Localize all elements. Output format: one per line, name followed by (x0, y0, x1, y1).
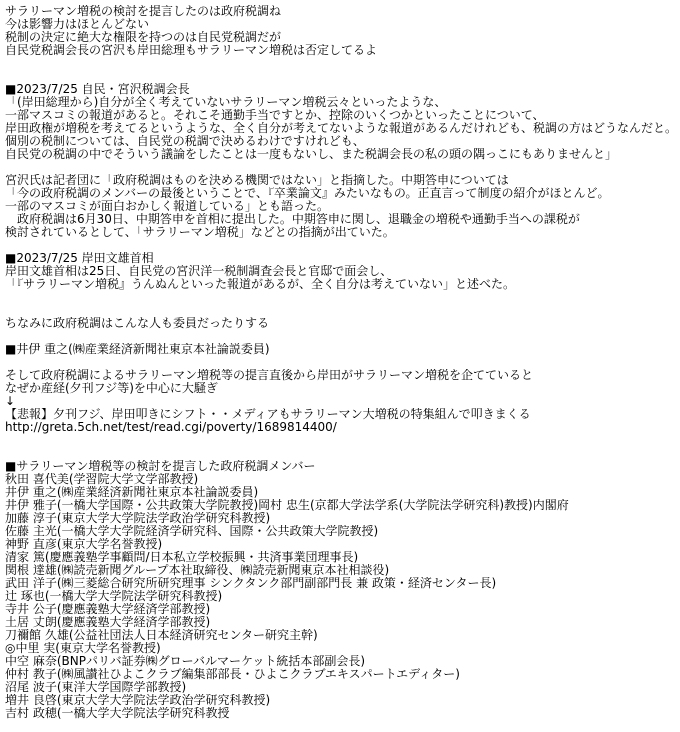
text-line: 関根 達雄(㈱読売新聞グループ本社取締役、㈱読売新聞東京本社相談役) (5, 564, 676, 577)
text-line: 中空 麻奈(BNPパリバ証券㈱グローバルマーケット統括本部副会長) (5, 655, 676, 668)
text-line: 秋田 喜代美(学習院大学文学部教授) (5, 473, 676, 486)
blank-line (5, 447, 676, 460)
blank-line (5, 291, 676, 304)
text-line: 刀禰館 久雄(公益社団法人日本経済研究センター研究主幹) (5, 629, 676, 642)
text-document-page: サラリーマン増税の検討を提言したのは政府税調ね今は影響力はほとんどない税制の決定… (0, 0, 680, 732)
text-line: ↓ (5, 395, 676, 408)
text-line: 「今の政府税調のメンバーの最後ということで、『卒業論文』みたいなもの。正直言って… (5, 187, 676, 200)
text-line: 武田 洋子(㈱三菱総合研究所研究理事 シンクタンク部門副部門長 兼 政策・経済セ… (5, 577, 676, 590)
text-line: 政府税調は6月30日、中期答申を首相に提出した。中期答申に関し、退職金の増税や通… (5, 213, 676, 226)
text-line: 加藤 淳子(東京大学大学院法学政治学研究科教授) (5, 512, 676, 525)
text-line: 宮沢氏は記者団に「政府税調はものを決める機関ではない」と指摘した。中期答申につい… (5, 174, 676, 187)
text-line: サラリーマン増税の検討を提言したのは政府税調ね (5, 5, 676, 18)
text-line: なぜか産経(夕刊フジ等)を中心に大騒ぎ (5, 382, 676, 395)
text-line: 自民党の税調の中でそういう議論をしたことは一度もないし、また税調会長の私の頭の隅… (5, 148, 676, 161)
text-line: 辻 琢也(一橋大学大学院法学研究科教授) (5, 590, 676, 603)
text-line: 井伊 雅子(一橋大学国際・公共政策大学院教授)岡村 忠生(京都大学法学系(大学院… (5, 499, 676, 512)
text-line: 個別の税制については、自民党の税調で決めるわけですけれども、 (5, 135, 676, 148)
text-line: ◎中里 実(東京大学名誉教授) (5, 642, 676, 655)
blank-line (5, 330, 676, 343)
text-line: 仲村 教子(㈱風讃社ひよこクラブ編集部部長・ひよこクラブエキスパートエディター) (5, 668, 676, 681)
section-heading: ■サラリーマン増税等の検討を提言した政府税調メンバー (5, 460, 676, 473)
text-line: ちなみに政府税調はこんな人も委員だったりする (5, 317, 676, 330)
text-line: 井伊 重之(㈱産業経済新聞社東京本社論説委員) (5, 486, 676, 499)
text-line: 岸田文雄首相は25日、自民党の宮沢洋一税制調査会長と官邸で面会し、 (5, 265, 676, 278)
text-line: 一部のマスコミが面白おかしく報道している」とも語った。 (5, 200, 676, 213)
text-line: 土居 丈朗(慶應義塾大学経済学部教授) (5, 616, 676, 629)
section-heading: ■井伊 重之(㈱産業経済新聞社東京本社論説委員) (5, 343, 676, 356)
text-line: 増井 良啓(東京大学大学院法学政治学研究科教授) (5, 694, 676, 707)
blank-line (5, 57, 676, 70)
text-line: 寺井 公子(慶應義塾大学経済学部教授) (5, 603, 676, 616)
text-line: 【悲報】夕刊フジ、岸田叩きにシフト・・メディアもサラリーマン大増税の特集組んで叩… (5, 408, 676, 421)
section-heading: ■2023/7/25 岸田文雄首相 (5, 252, 676, 265)
text-line: 清家 篤(慶應義塾学事顧問/日本私立学校振興・共済事業団理事長) (5, 551, 676, 564)
blank-line (5, 70, 676, 83)
text-line: そして政府税調によるサラリーマン増税等の提言直後から岸田がサラリーマン増税を企て… (5, 369, 676, 382)
text-line: 「『サラリーマン増税』うんぬんといった報道があるが、全く自分は考えていない」と述… (5, 278, 676, 291)
text-line: 「(岸田総理から)自分が全く考えていないサラリーマン増税云々といったような、 (5, 96, 676, 109)
blank-line (5, 304, 676, 317)
text-line: 岸田政権が増税を考えてるというような、全く自分が考えてないような報道があるんだけ… (5, 122, 676, 135)
text-line: 今は影響力はほとんどない (5, 18, 676, 31)
text-line: 検討されているとして、「サラリーマン増税」などとの指摘が出ていた。 (5, 226, 676, 239)
text-line: 自民党税調会長の宮沢も岸田総理もサラリーマン増税は否定してるよ (5, 44, 676, 57)
text-line: 一部マスコミの報道があると。それこそ通勤手当ですとか、控除のいくつかといったこと… (5, 109, 676, 122)
text-line: 佐藤 主光(一橋大学大学院経済学研究科、国際・公共政策大学院教授) (5, 525, 676, 538)
text-line: 税制の決定に絶大な権限を持つのは自民党税調だが (5, 31, 676, 44)
text-line: 沼尾 波子(東洋大学国際学部教授) (5, 681, 676, 694)
blank-line (5, 434, 676, 447)
text-line: 吉村 政穂(一橋大学大学院法学研究科教授 (5, 707, 676, 720)
blank-line (5, 239, 676, 252)
text-line: 神野 直彦(東京大学名誉教授) (5, 538, 676, 551)
section-heading: ■2023/7/25 自民・宮沢税調会長 (5, 83, 676, 96)
url-text: http://greta.5ch.net/test/read.cgi/pover… (5, 421, 676, 434)
blank-line (5, 161, 676, 174)
blank-line (5, 356, 676, 369)
document-text: サラリーマン増税の検討を提言したのは政府税調ね今は影響力はほとんどない税制の決定… (5, 5, 676, 720)
